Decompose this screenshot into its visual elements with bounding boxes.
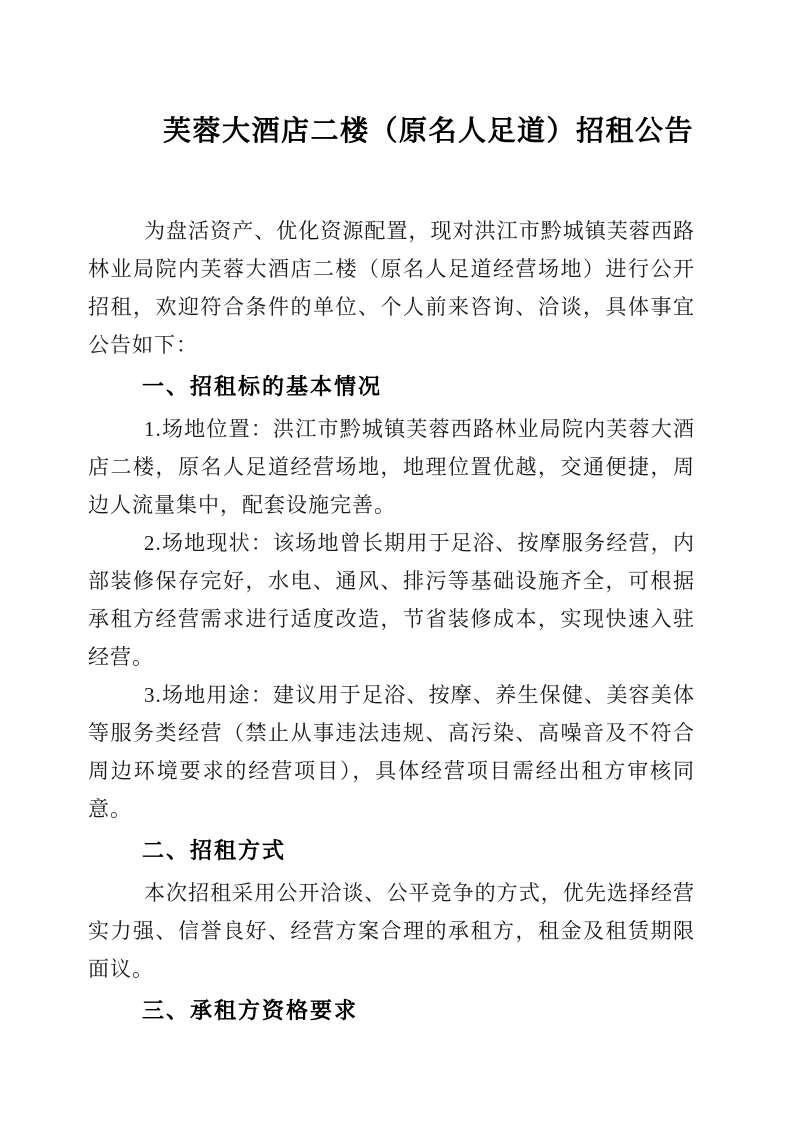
section-2-body-paragraph: 本次招租采用公开洽谈、公平竞争的方式，优先选择经营实力强、信誉良好、经营方案合理…	[88, 874, 695, 988]
section-1-item-2-paragraph: 2.场地现状：该场地曾长期用于足浴、按摩服务经营，内部装修保存完好，水电、通风、…	[88, 524, 695, 676]
section-1-heading: 一、招租标的基本情况	[88, 368, 695, 406]
section-3-heading: 三、承租方资格要求	[88, 992, 695, 1030]
section-1-item-1-paragraph: 1.场地位置：洪江市黔城镇芙蓉西路林业局院内芙蓉大酒店二楼，原名人足道经营场地，…	[88, 410, 695, 524]
section-2-heading: 二、招租方式	[88, 832, 695, 870]
section-1-item-3-paragraph: 3.场地用途：建议用于足浴、按摩、养生保健、美容美体等服务类经营（禁止从事违法违…	[88, 676, 695, 828]
intro-paragraph: 为盘活资产、优化资源配置，现对洪江市黔城镇芙蓉西路林业局院内芙蓉大酒店二楼（原名…	[88, 212, 695, 364]
document-title: 芙蓉大酒店二楼（原名人足道）招租公告	[163, 112, 695, 150]
document-page: 芙蓉大酒店二楼（原名人足道）招租公告 为盘活资产、优化资源配置，现对洪江市黔城镇…	[0, 0, 793, 1122]
